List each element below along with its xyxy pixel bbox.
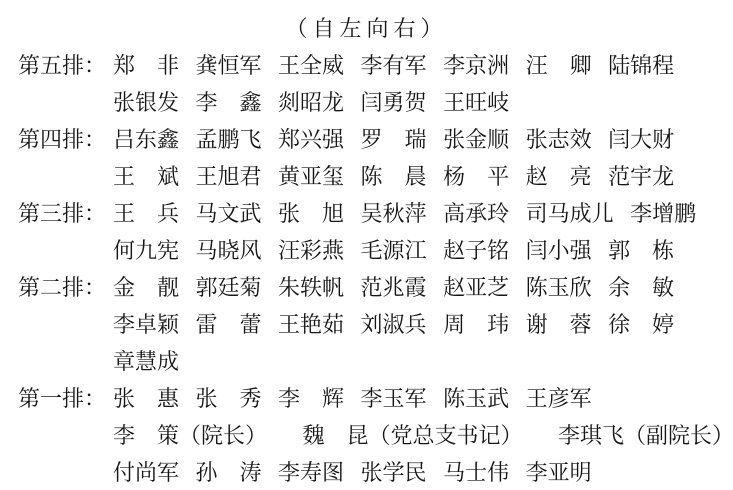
person-name: 李玉军 <box>361 380 427 417</box>
name-line: 王 斌 王旭君 黄亚玺 陈 晨 杨 平 赵 亮 范宇龙 <box>113 158 733 195</box>
person-name: 谢 蓉 <box>526 306 592 343</box>
row-label: 第四排： <box>18 121 113 158</box>
person-name: 陈玉欣 <box>526 269 592 306</box>
name-line: 吕东鑫 孟鹏飞 郑兴强 罗 瑞 张金顺 张志效 闫大财 <box>113 121 733 158</box>
person-name: 李有军 <box>361 47 427 84</box>
person-name: 赵 亮 <box>526 158 592 195</box>
person-name: 李 策（院长） <box>113 417 267 454</box>
row-lines: 郑 非 龚恒军 王全威 李有军 李京洲 汪 卿 陆锦程 张银发 李 鑫 剡昭龙 … <box>113 47 733 121</box>
person-name: 王旭君 <box>196 158 262 195</box>
person-name: 赵亚芝 <box>443 269 509 306</box>
person-name: 章慧成 <box>113 343 179 380</box>
person-name: 李 鑫 <box>196 84 262 121</box>
person-name: 徐 婷 <box>608 306 674 343</box>
person-name: 郭 栋 <box>608 232 674 269</box>
person-name: 金 靓 <box>113 269 179 306</box>
row-lines: 金 靓 郭廷菊 朱轶帆 范兆霞 赵亚芝 陈玉欣 余 敏 李卓颖 雷 蕾 王艳茹 … <box>113 269 733 380</box>
person-name: 闫大财 <box>608 121 674 158</box>
row-lines: 吕东鑫 孟鹏飞 郑兴强 罗 瑞 张金顺 张志效 闫大财 王 斌 王旭君 黄亚玺 … <box>113 121 733 195</box>
row-lines: 王 兵 马文武 张 旭 吴秋萍 高承玲 司马成儿 李增鹏 何九宪 马晓风 汪彩燕… <box>113 195 733 269</box>
person-name: 张 秀 <box>196 380 262 417</box>
person-name: 张银发 <box>113 84 179 121</box>
person-name: 何九宪 <box>113 232 179 269</box>
row-label: 第五排： <box>18 47 113 84</box>
person-name: 付尚军 <box>113 454 179 490</box>
person-name: 陈 晨 <box>361 158 427 195</box>
row-group-3: 第三排： 王 兵 马文武 张 旭 吴秋萍 高承玲 司马成儿 李增鹏 何九宪 马晓… <box>0 195 733 269</box>
person-name: 李 辉 <box>278 380 344 417</box>
person-name: 郭廷菊 <box>196 269 262 306</box>
person-name: 龚恒军 <box>196 47 262 84</box>
person-name: 魏 昆（党总支书记） <box>303 417 523 454</box>
person-name: 李琪飞（副院长） <box>558 417 733 454</box>
person-name: 李京洲 <box>443 47 509 84</box>
person-name: 余 敏 <box>608 269 674 306</box>
person-name: 陈玉武 <box>443 380 509 417</box>
person-name: 闫勇贺 <box>361 84 427 121</box>
row-group-1: 第五排： 郑 非 龚恒军 王全威 李有军 李京洲 汪 卿 陆锦程 张银发 李 鑫… <box>0 47 733 121</box>
person-name: 吕东鑫 <box>113 121 179 158</box>
person-name: 范宇龙 <box>608 158 674 195</box>
person-name: 雷 蕾 <box>196 306 262 343</box>
person-name: 张学民 <box>361 454 427 490</box>
name-line: 张 惠 张 秀 李 辉 李玉军 陈玉武 王彦军 <box>113 380 733 417</box>
person-name: 张 旭 <box>278 195 344 232</box>
name-line: 付尚军 孙 涛 李寿图 张学民 马士伟 李亚明 <box>113 454 733 490</box>
person-name: 吴秋萍 <box>361 195 427 232</box>
person-name: 孟鹏飞 <box>196 121 262 158</box>
person-name: 汪 卿 <box>526 47 592 84</box>
name-line: 何九宪 马晓风 汪彩燕 毛源江 赵子铭 闫小强 郭 栋 <box>113 232 733 269</box>
person-name: 周 玮 <box>443 306 509 343</box>
row-group-5: 第一排： 张 惠 张 秀 李 辉 李玉军 陈玉武 王彦军 李 策（院长） 魏 昆… <box>0 380 733 490</box>
name-line: 李 策（院长） 魏 昆（党总支书记） 李琪飞（副院长） <box>113 417 733 454</box>
row-group-4: 第二排： 金 靓 郭廷菊 朱轶帆 范兆霞 赵亚芝 陈玉欣 余 敏 李卓颖 雷 蕾… <box>0 269 733 380</box>
person-name: 王旺岐 <box>443 84 509 121</box>
person-name: 王 兵 <box>113 195 179 232</box>
person-name: 马士伟 <box>443 454 509 490</box>
name-line: 章慧成 <box>113 343 733 380</box>
person-name: 杨 平 <box>443 158 509 195</box>
row-lines: 张 惠 张 秀 李 辉 李玉军 陈玉武 王彦军 李 策（院长） 魏 昆（党总支书… <box>113 380 733 490</box>
name-list: 第五排： 郑 非 龚恒军 王全威 李有军 李京洲 汪 卿 陆锦程 张银发 李 鑫… <box>0 47 733 490</box>
person-name: 李增鹏 <box>630 195 696 232</box>
name-line: 王 兵 马文武 张 旭 吴秋萍 高承玲 司马成儿 李增鹏 <box>113 195 733 232</box>
person-name: 马文武 <box>196 195 262 232</box>
row-group-2: 第四排： 吕东鑫 孟鹏飞 郑兴强 罗 瑞 张金顺 张志效 闫大财 王 斌 王旭君… <box>0 121 733 195</box>
person-name: 王艳茹 <box>278 306 344 343</box>
person-name: 黄亚玺 <box>278 158 344 195</box>
person-name: 剡昭龙 <box>278 84 344 121</box>
person-name: 闫小强 <box>526 232 592 269</box>
person-name: 郑 非 <box>113 47 179 84</box>
row-label: 第三排： <box>18 195 113 232</box>
person-name: 郑兴强 <box>278 121 344 158</box>
person-name: 李卓颖 <box>113 306 179 343</box>
row-label: 第一排： <box>18 380 113 417</box>
person-name: 孙 涛 <box>196 454 262 490</box>
row-label: 第二排： <box>18 269 113 306</box>
person-name: 毛源江 <box>361 232 427 269</box>
person-name: 汪彩燕 <box>278 232 344 269</box>
person-name: 王 斌 <box>113 158 179 195</box>
photo-name-list-document: （自左向右） 第五排： 郑 非 龚恒军 王全威 李有军 李京洲 汪 卿 陆锦程 … <box>0 0 733 490</box>
person-name: 刘淑兵 <box>361 306 427 343</box>
person-name: 李寿图 <box>278 454 344 490</box>
person-name: 陆锦程 <box>608 47 674 84</box>
name-line: 张银发 李 鑫 剡昭龙 闫勇贺 王旺岐 <box>113 84 733 121</box>
name-line: 郑 非 龚恒军 王全威 李有军 李京洲 汪 卿 陆锦程 <box>113 47 733 84</box>
person-name: 罗 瑞 <box>361 121 427 158</box>
person-name: 朱轶帆 <box>278 269 344 306</box>
person-name: 张 惠 <box>113 380 179 417</box>
name-line: 金 靓 郭廷菊 朱轶帆 范兆霞 赵亚芝 陈玉欣 余 敏 <box>113 269 733 306</box>
person-name: 马晓风 <box>196 232 262 269</box>
person-name: 张志效 <box>526 121 592 158</box>
person-name: 王全威 <box>278 47 344 84</box>
person-name: 张金顺 <box>443 121 509 158</box>
person-name: 赵子铭 <box>443 232 509 269</box>
person-name: 高承玲 <box>443 195 509 232</box>
person-name: 李亚明 <box>526 454 592 490</box>
page-title: （自左向右） <box>0 10 733 47</box>
person-name: 司马成儿 <box>526 195 614 232</box>
name-line: 李卓颖 雷 蕾 王艳茹 刘淑兵 周 玮 谢 蓉 徐 婷 <box>113 306 733 343</box>
person-name: 范兆霞 <box>361 269 427 306</box>
person-name: 王彦军 <box>526 380 592 417</box>
